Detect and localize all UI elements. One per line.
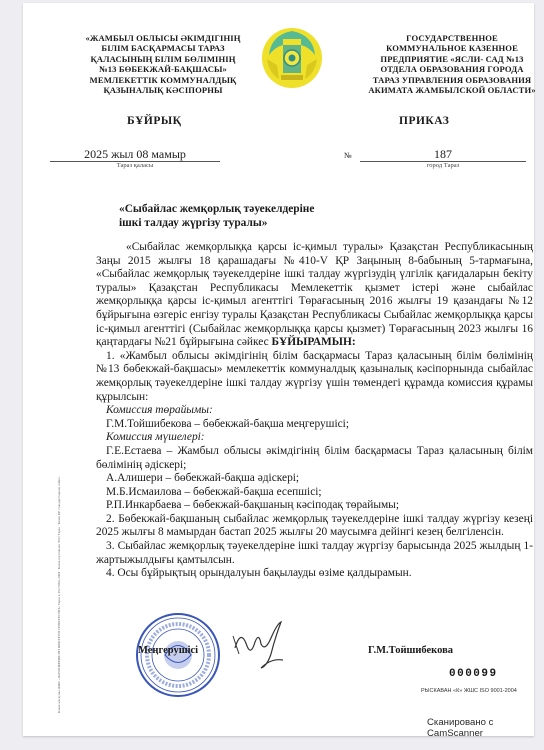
blank-iso-mark: РЫСКАВАН «К» ЖШС ISO 9001-2004	[421, 688, 517, 694]
order-title: «Сыбайлас жемқорлық тәуекелдеріне ішкі т…	[119, 202, 359, 230]
item-1: 1. «Жамбыл облысы әкімдігінің білім басқ…	[96, 350, 533, 404]
order-title-line: ішкі талдау жүргізу туралы»	[119, 216, 359, 230]
order-word: БҰЙЫРАМЫН:	[272, 336, 356, 348]
signatory-name: Г.М.Тойшибекова	[368, 645, 453, 656]
org-header-kz-line: МЕМЛЕКЕТТІК КОММУНАЛДЫҚ	[63, 75, 263, 85]
item-4: 4. Осы бұйрықтың орындалуын бақылауды өз…	[96, 567, 533, 581]
order-number-caption: город Тараз	[360, 162, 526, 169]
org-header-kz-line: ҚАЛАСЫНЫҢ БІЛІМ БӨЛІМІНІҢ	[63, 54, 263, 64]
org-header-ru-line: ГОСУДАРСТВЕННОЕ	[352, 33, 544, 43]
org-header-ru-line: ОТДЕЛА ОБРАЗОВАНИЯ ГОРОДА	[352, 64, 544, 74]
signatory-role: Меңгерушісі	[138, 645, 198, 656]
camscanner-watermark: Сканировано с CamScanner	[427, 717, 534, 739]
order-body: «Сыбайлас жемқорлыққа қарсы іс-қимыл тур…	[96, 241, 533, 581]
item-2: 2. Бөбекжай-бақшаның сыбайлас жемқорлық …	[96, 513, 533, 540]
org-header-ru-line: ПРЕДПРИЯТИЕ «ЯСЛИ- САД №13	[352, 54, 544, 64]
blank-side-note: Бланк жасаушы ЖШС «ЖАУАПКЕРШІЛІГІ ШЕКТЕУ…	[57, 193, 87, 713]
order-number-prefix: №	[344, 151, 352, 160]
commission-chair: Г.М.Тойшибекова – бөбекжай-бақша меңгеру…	[96, 418, 533, 432]
preamble-text: «Сыбайлас жемқорлыққа қарсы іс-қимыл тур…	[96, 241, 533, 348]
org-header-kz-line: БІЛІМ БАСҚАРМАСЫ ТАРАЗ	[63, 43, 263, 53]
commission-chair-label: Комиссия төрайымы:	[96, 404, 533, 418]
commission-member: Г.Е.Естаева – Жамбыл облысы әкімдігінің …	[96, 445, 533, 472]
preamble-paragraph: «Сыбайлас жемқорлыққа қарсы іс-қимыл тур…	[96, 241, 533, 350]
signature-icon	[231, 618, 289, 670]
commission-member: А.Алишери – бөбекжай-бақша әдіскері;	[96, 472, 533, 486]
doc-type-ru: ПРИКАЗ	[399, 115, 449, 127]
org-header-kz-line: «ЖАМБЫЛ ОБЛЫСЫ ӘКІМДІГІНІҢ	[63, 33, 263, 43]
order-number: 187	[360, 147, 526, 162]
commission-member: Р.П.Инкарбаева – бөбекжай-бақшаның кәсіп…	[96, 499, 533, 513]
org-header-kz-line: №13 БӨБЕКЖАЙ-БАҚШАСЫ»	[63, 64, 263, 74]
org-header-ru-line: КОММУНАЛЬНОЕ КАЗЕННОЕ	[352, 43, 544, 53]
org-header-kz-line: ҚАЗЫНАЛЫҚ КӘСІПОРНЫ	[63, 85, 263, 95]
org-header-ru-line: АКИМАТА ЖАМБЫЛСКОЙ ОБЛАСТИ»	[352, 85, 544, 95]
order-date-caption: Тараз қаласы	[50, 162, 220, 169]
doc-type-kz: БҰЙРЫҚ	[127, 115, 182, 127]
item-3: 3. Сыбайлас жемқорлық тәуекелдеріне ішкі…	[96, 540, 533, 567]
document-sheet: «ЖАМБЫЛ ОБЛЫСЫ ӘКІМДІГІНІҢ БІЛІМ БАСҚАРМ…	[23, 3, 534, 736]
commission-members-label: Комиссия мүшелері:	[96, 431, 533, 445]
org-header-kz: «ЖАМБЫЛ ОБЛЫСЫ ӘКІМДІГІНІҢ БІЛІМ БАСҚАРМ…	[63, 33, 263, 95]
org-header-ru: ГОСУДАРСТВЕННОЕ КОММУНАЛЬНОЕ КАЗЕННОЕ ПР…	[352, 33, 544, 95]
commission-member: М.Б.Исмаилова – бөбекжай-бақша есепшісі;	[96, 486, 533, 500]
order-date: 2025 жыл 08 мамыр	[50, 147, 220, 162]
blank-serial-number: 000099	[449, 668, 498, 680]
order-title-line: «Сыбайлас жемқорлық тәуекелдеріне	[119, 202, 359, 216]
state-emblem-icon	[261, 25, 323, 91]
org-header-ru-line: ТАРАЗ УПРАВЛЕНИЯ ОБРАЗОВАНИЯ	[352, 75, 544, 85]
